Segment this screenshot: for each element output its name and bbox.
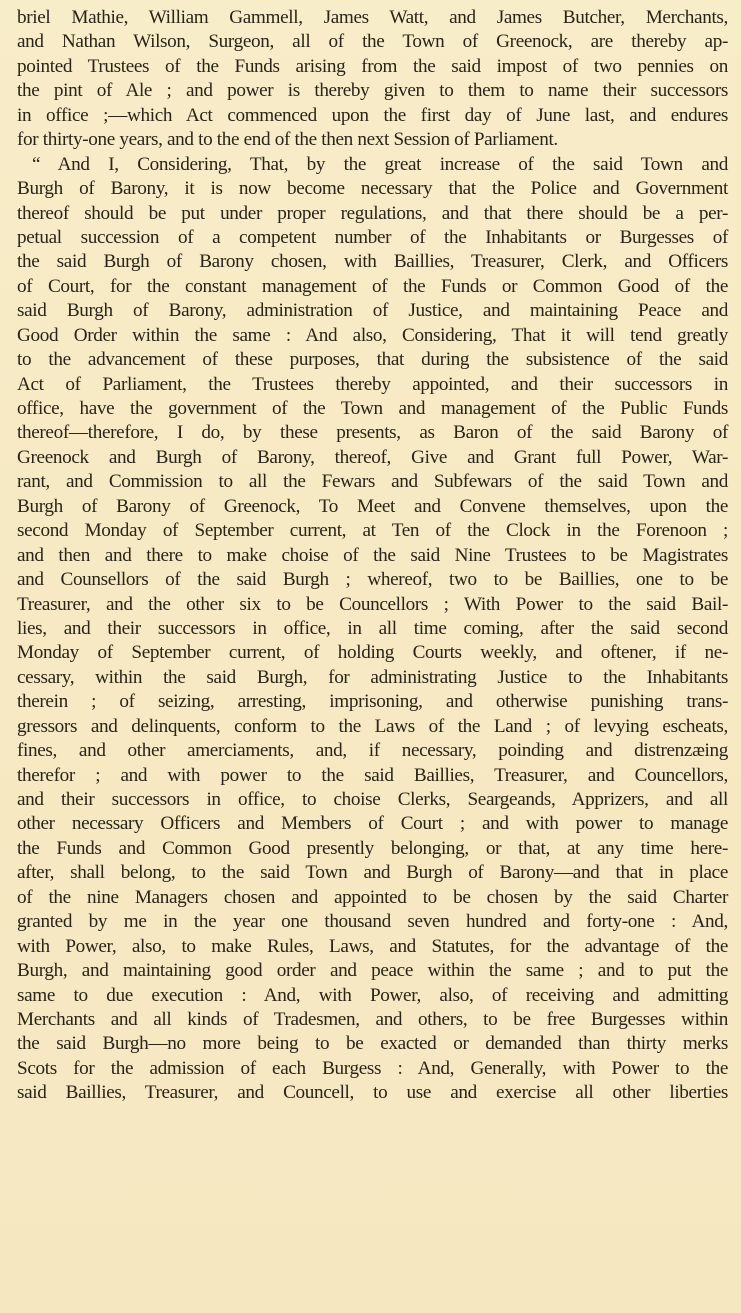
text-line: other necessary Officers and Members of … <box>17 812 728 836</box>
text-line: Greenock and Burgh of Barony, thereof, G… <box>17 446 728 470</box>
paragraph-1: briel Mathie, William Gammell, James Wat… <box>17 6 728 153</box>
text-line: and Nathan Wilson, Surgeon, all of the T… <box>17 30 728 54</box>
text-line: Treasurer, and the other six to be Counc… <box>17 593 728 617</box>
text-line: the Funds and Common Good presently belo… <box>17 837 728 861</box>
text-line: the said Burgh—no more being to be exact… <box>17 1032 728 1056</box>
text-line: said Baillies, Treasurer, and Councell, … <box>17 1081 728 1105</box>
page-body-text: briel Mathie, William Gammell, James Wat… <box>17 6 728 1106</box>
text-line: with Power, also, to make Rules, Laws, a… <box>17 935 728 959</box>
text-line: rant, and Commission to all the Fewars a… <box>17 470 728 494</box>
text-line: “ And I, Considering, That, by the great… <box>17 153 728 177</box>
text-line: Burgh, and maintaining good order and pe… <box>17 959 728 983</box>
text-line: thereof—therefore, I do, by these presen… <box>17 421 728 445</box>
paragraph-2: “ And I, Considering, That, by the great… <box>17 153 728 1106</box>
text-line: lies, and their successors in office, in… <box>17 617 728 641</box>
text-line: fines, and other amerciaments, and, if n… <box>17 739 728 763</box>
text-line: the pint of Ale ; and power is thereby g… <box>17 79 728 103</box>
text-line: of Court, for the constant management of… <box>17 275 728 299</box>
text-line: second Monday of September current, at T… <box>17 519 728 543</box>
text-line: Merchants and all kinds of Tradesmen, an… <box>17 1008 728 1032</box>
text-line: therein ; of seizing, arresting, impriso… <box>17 690 728 714</box>
text-line: Burgh of Barony of Greenock, To Meet and… <box>17 495 728 519</box>
text-line: therefor ; and with power to the said Ba… <box>17 764 728 788</box>
text-line: office, have the government of the Town … <box>17 397 728 421</box>
text-line: said Burgh of Barony, administration of … <box>17 299 728 323</box>
text-line: Act of Parliament, the Trustees thereby … <box>17 373 728 397</box>
text-line: to the advancement of these purposes, th… <box>17 348 728 372</box>
text-line: briel Mathie, William Gammell, James Wat… <box>17 6 728 30</box>
text-line: thereof should be put under proper regul… <box>17 202 728 226</box>
text-line: Monday of September current, of holding … <box>17 641 728 665</box>
text-line: Scots for the admission of each Burgess … <box>17 1057 728 1081</box>
text-line: and then and there to make choise of the… <box>17 544 728 568</box>
text-line: the said Burgh of Barony chosen, with Ba… <box>17 250 728 274</box>
text-line: petual succession of a competent number … <box>17 226 728 250</box>
text-line: Good Order within the same : And also, C… <box>17 324 728 348</box>
text-line: gressors and delinquents, conform to the… <box>17 715 728 739</box>
text-line: of the nine Managers chosen and appointe… <box>17 886 728 910</box>
scanned-book-page: briel Mathie, William Gammell, James Wat… <box>0 0 741 1313</box>
text-line: pointed Trustees of the Funds arising fr… <box>17 55 728 79</box>
text-line: after, shall belong, to the said Town an… <box>17 861 728 885</box>
text-line: same to due execution : And, with Power,… <box>17 984 728 1008</box>
text-line: Burgh of Barony, it is now become necess… <box>17 177 728 201</box>
text-line: in office ;—which Act commenced upon the… <box>17 104 728 128</box>
text-line: and Counsellors of the said Burgh ; wher… <box>17 568 728 592</box>
text-line: cessary, within the said Burgh, for admi… <box>17 666 728 690</box>
text-line: and their successors in office, to chois… <box>17 788 728 812</box>
text-line: granted by me in the year one thousand s… <box>17 910 728 934</box>
text-line: for thirty-one years, and to the end of … <box>17 128 728 152</box>
